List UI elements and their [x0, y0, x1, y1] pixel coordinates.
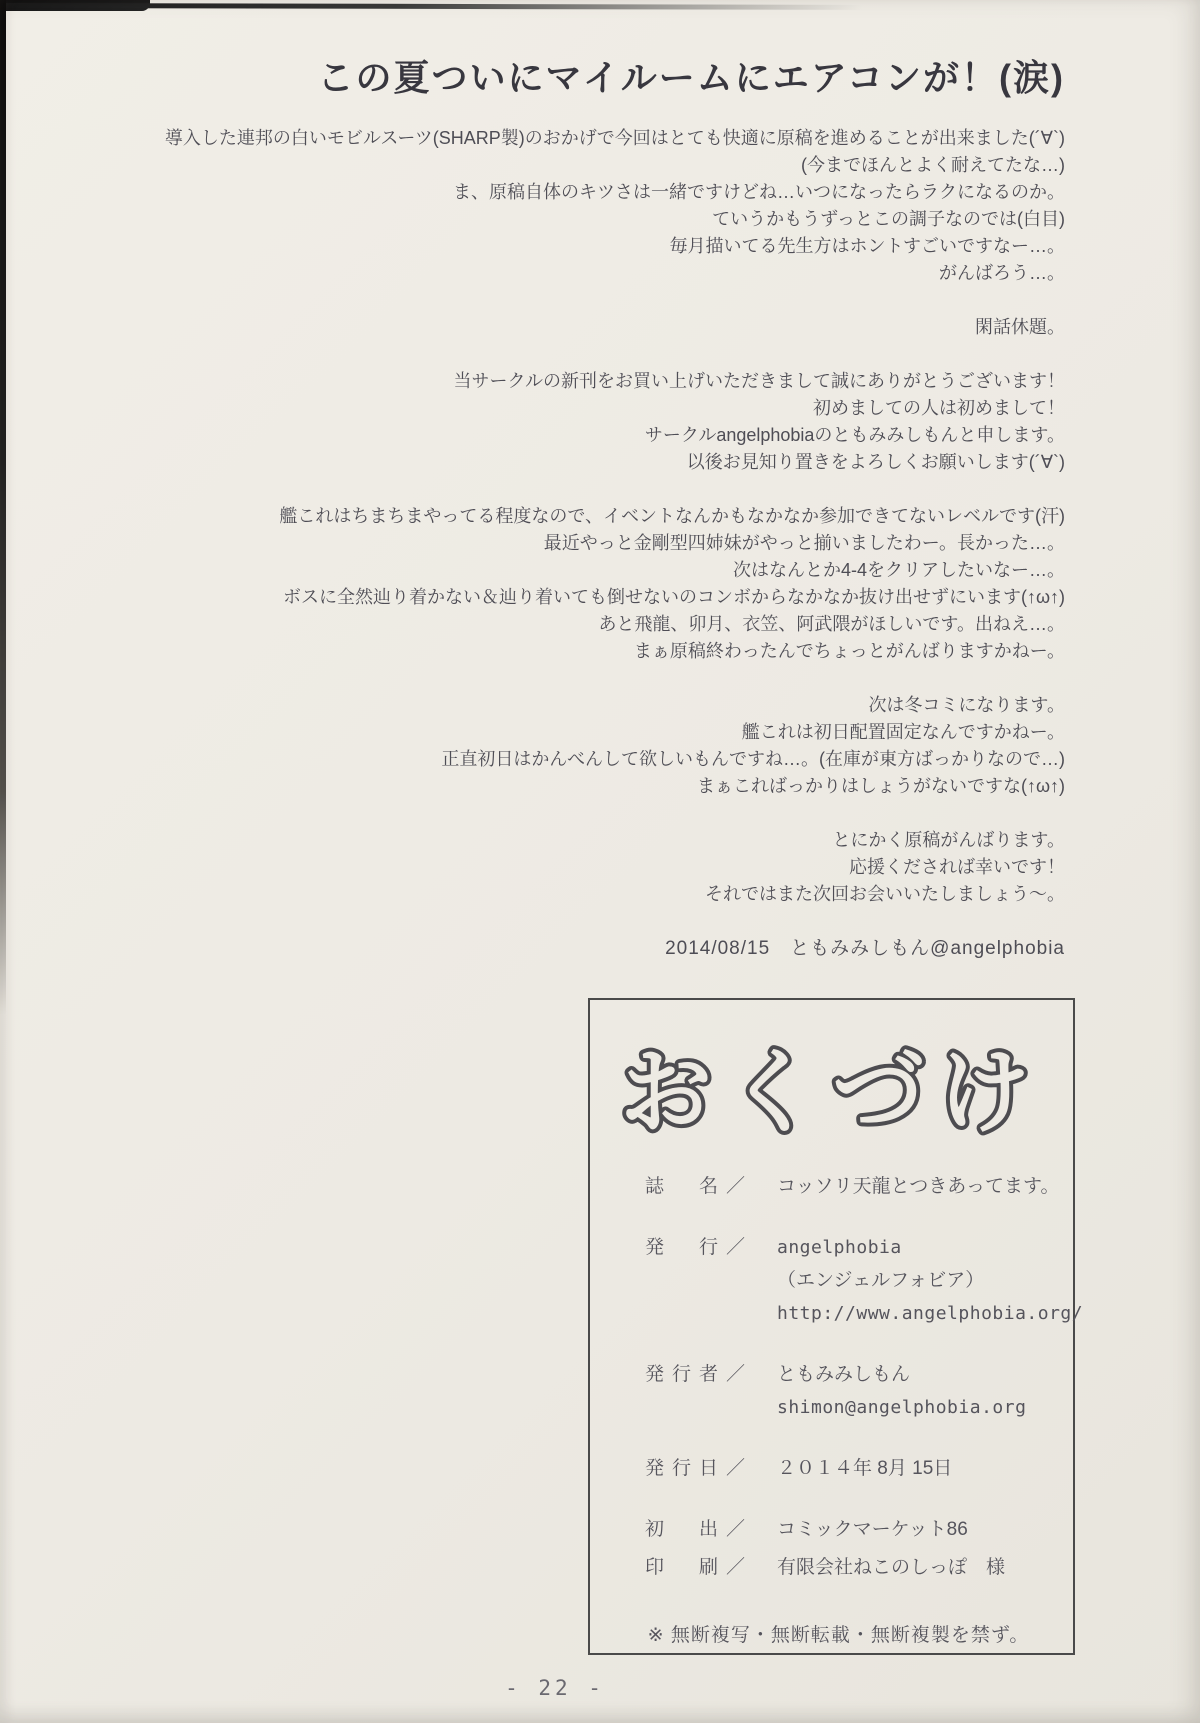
afterword-line: サークルangelphobiaのともみみしもんと申します。: [70, 422, 1065, 449]
colophon-row: 発 行／angelphobia（エンジェルフォビア）http://www.ang…: [645, 1231, 1073, 1330]
afterword-line: 閑話休題。: [70, 314, 1065, 341]
colophon-row-label: 誌 名／: [645, 1170, 777, 1203]
colophon-value-line: ともみみしもん: [777, 1358, 1073, 1391]
page-title: この夏ついにマイルームにエアコンが！(涙): [70, 50, 1065, 101]
colophon-row: 印 刷／有限会社ねこのしっぽ 様: [645, 1551, 1073, 1584]
colophon-row-label: 発行者／: [645, 1358, 777, 1391]
colophon-row-label: 印 刷／: [645, 1551, 777, 1584]
colophon-row-label: 発行日／: [645, 1452, 777, 1485]
colophon-row-label: 初 出／: [645, 1513, 777, 1546]
scan-artifact-left-edge: [0, 0, 6, 1015]
afterword-line: まぁ原稿終わったんでちょっとがんばりますかねー。: [70, 638, 1065, 665]
afterword-line: 正直初日はかんべんして欲しいもんですね…。(在庫が東方ばっかりなので…): [70, 746, 1065, 773]
colophon-value-line: http://www.angelphobia.org/: [777, 1297, 1083, 1330]
afterword-line: 応援くだされば幸いです！: [70, 854, 1065, 881]
afterword-line: 次は冬コミになります。: [70, 692, 1065, 719]
afterword-line: まぁこればっかりはしょうがないですな(↑ω↑): [70, 773, 1065, 800]
afterword-line: 艦これはちまちまやってる程度なので、イベントなんかもなかなか参加できてないレベル…: [70, 503, 1065, 530]
colophon-row-values: ともみみしもんshimon@angelphobia.org: [777, 1358, 1073, 1424]
afterword-line: ていうかもうずっとこの調子なのでは(白目): [70, 206, 1065, 233]
colophon-row-values: 有限会社ねこのしっぽ 様: [777, 1551, 1073, 1584]
colophon-value-line: 有限会社ねこのしっぽ 様: [777, 1551, 1073, 1584]
afterword-line: 最近やっと金剛型四姉妹がやっと揃いましたわー。長かった…。: [70, 530, 1065, 557]
afterword-section: この夏ついにマイルームにエアコンが！(涙) 導入した連邦の白いモビルスーツ(SH…: [70, 50, 1065, 962]
afterword-line: (今までほんとよく耐えてたな…): [70, 152, 1065, 179]
colophon-value-line: ２０１４年 8月 15日: [777, 1452, 1073, 1485]
colophon-row: 発行日／２０１４年 8月 15日: [645, 1452, 1073, 1485]
afterword-line: とにかく原稿がんばります。: [70, 827, 1065, 854]
afterword-line: 当サークルの新刊をお買い上げいただきまして誠にありがとうございます！: [70, 368, 1065, 395]
signoff-line: 2014/08/15 ともみみしもん@angelphobia: [70, 935, 1065, 962]
afterword-paragraph: 次は冬コミになります。艦これは初日配置固定なんですかねー。正直初日はかんべんして…: [70, 692, 1065, 800]
colophon-value-line: shimon@angelphobia.org: [777, 1391, 1073, 1424]
colophon-notice: ※ 無断複写・無断転載・無断複製を禁ず。: [590, 1620, 1073, 1647]
colophon-value-line: angelphobia: [777, 1231, 1083, 1264]
colophon-row: 誌 名／コッソリ天龍とつきあってます。: [645, 1170, 1073, 1203]
scanned-doujinshi-page: この夏ついにマイルームにエアコンが！(涙) 導入した連邦の白いモビルスーツ(SH…: [0, 0, 1200, 1723]
colophon-row: 発行者／ともみみしもんshimon@angelphobia.org: [645, 1358, 1073, 1424]
colophon-row-values: コミックマーケット86: [777, 1513, 1073, 1546]
afterword-paragraph: 当サークルの新刊をお買い上げいただきまして誠にありがとうございます！初めましての…: [70, 368, 1065, 476]
afterword-line: ま、原稿自体のキツさは一緒ですけどね…いつになったらラクになるのか。: [70, 179, 1065, 206]
afterword-line: がんばろう…。: [70, 260, 1065, 287]
afterword-paragraph: 艦これはちまちまやってる程度なので、イベントなんかもなかなか参加できてないレベル…: [70, 503, 1065, 665]
afterword-paragraph: 閑話休題。: [70, 314, 1065, 341]
colophon-value-line: コッソリ天龍とつきあってます。: [777, 1170, 1073, 1203]
afterword-paragraph: とにかく原稿がんばります。応援くだされば幸いです！それではまた次回お会いいたしま…: [70, 827, 1065, 908]
page-number: - 22 -: [455, 1676, 655, 1700]
colophon-rows: 誌 名／コッソリ天龍とつきあってます。発 行／angelphobia（エンジェル…: [590, 1170, 1073, 1584]
colophon-value-line: （エンジェルフォビア）: [777, 1264, 1083, 1297]
okuzuke-title-text: おくづけ: [619, 1039, 1043, 1146]
colophon-row: 初 出／コミックマーケット86: [645, 1513, 1073, 1546]
colophon-handwritten-title: おくづけ: [617, 1026, 1047, 1154]
afterword-line: 導入した連邦の白いモビルスーツ(SHARP製)のおかげで今回はとても快適に原稿を…: [70, 125, 1065, 152]
afterword-body: 導入した連邦の白いモビルスーツ(SHARP製)のおかげで今回はとても快適に原稿を…: [70, 125, 1065, 908]
colophon-row-label: 発 行／: [645, 1231, 777, 1264]
afterword-paragraph: 導入した連邦の白いモビルスーツ(SHARP製)のおかげで今回はとても快適に原稿を…: [70, 125, 1065, 287]
afterword-line: 次はなんとか4-4をクリアしたいなー…。: [70, 557, 1065, 584]
afterword-line: それではまた次回お会いいたしましょう～。: [70, 881, 1065, 908]
afterword-line: 以後お見知り置きをよろしくお願いします(´∀`): [70, 449, 1065, 476]
colophon-box: おくづけ 誌 名／コッソリ天龍とつきあってます。発 行／angelphobia（…: [588, 998, 1075, 1655]
afterword-line: ボスに全然辿り着かない＆辿り着いても倒せないのコンボからなかなか抜け出せずにいま…: [70, 584, 1065, 611]
colophon-value-line: コミックマーケット86: [777, 1513, 1073, 1546]
colophon-row-values: angelphobia（エンジェルフォビア）http://www.angelph…: [777, 1231, 1083, 1330]
afterword-line: 毎月描いてる先生方はホントすごいですなー…。: [70, 233, 1065, 260]
afterword-line: 初めましての人は初めまして！: [70, 395, 1065, 422]
afterword-line: あと飛龍、卯月、衣笠、阿武隈がほしいです。出ねえ…。: [70, 611, 1065, 638]
afterword-line: 艦これは初日配置固定なんですかねー。: [70, 719, 1065, 746]
colophon-row-values: コッソリ天龍とつきあってます。: [777, 1170, 1073, 1203]
colophon-row-values: ２０１４年 8月 15日: [777, 1452, 1073, 1485]
